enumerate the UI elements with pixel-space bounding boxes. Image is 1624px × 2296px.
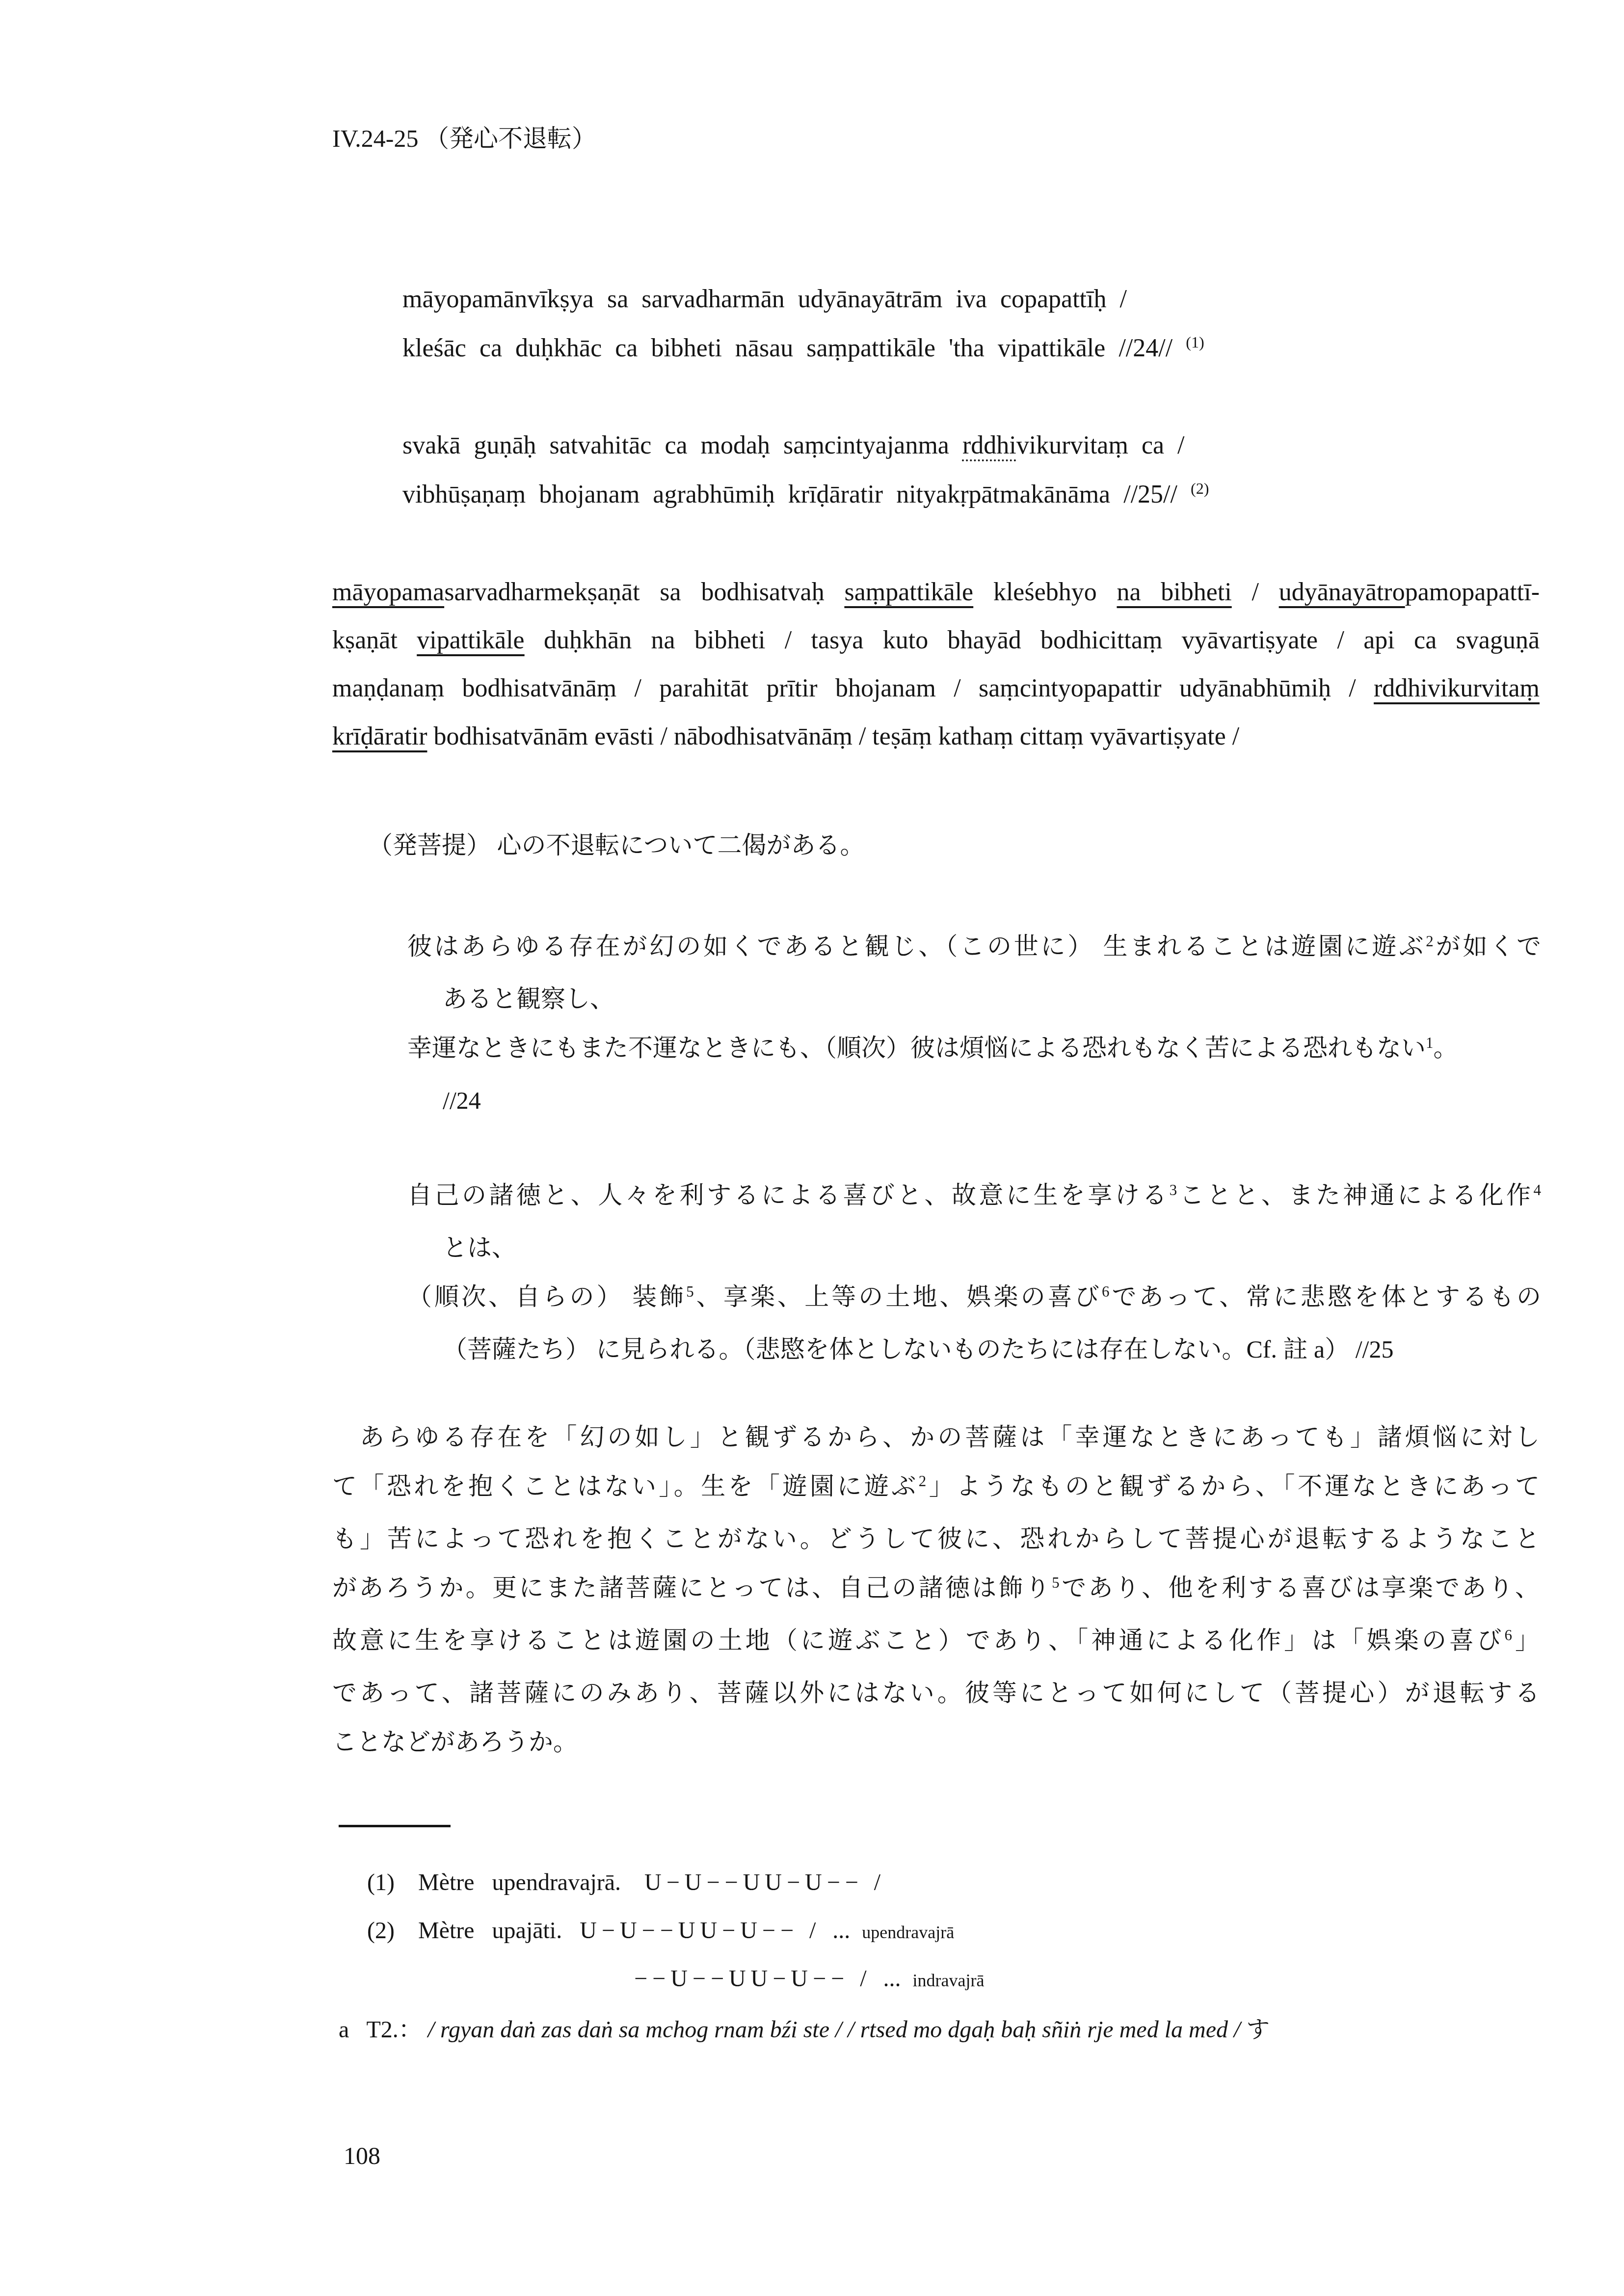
footnote-divider bbox=[339, 1825, 451, 1827]
footnote-line: (2) Mètre upajāti. U−U−−UU−U−− / ... upe… bbox=[367, 1907, 1545, 1956]
text-segment: U−U−−UU−U−− / bbox=[644, 1869, 885, 1896]
text-segment: が如くで bbox=[1434, 933, 1541, 960]
text-line: 自己の諸徳と、人々を利するによる喜びと、故意に生を享ける3ことと、また神通による… bbox=[407, 1171, 1541, 1223]
text-segment: (2) bbox=[1191, 480, 1209, 497]
text-segment: a T2.： bbox=[339, 2017, 428, 2043]
text-segment: ことなどがあろうか。 bbox=[332, 1728, 578, 1756]
sanskrit-verse-24: māyopamānvīkṣya sa sarvadharmān udyānayā… bbox=[402, 275, 1541, 375]
japanese-intro: （発菩提） 心の不退転について二偈がある。 bbox=[368, 821, 1541, 870]
text-line: 故意に生を享けることは遊園の土地（に遊ぶこと）であり、「神通による化作」は「娯楽… bbox=[332, 1616, 1540, 1668]
text-segment: vipattikāle bbox=[417, 626, 524, 654]
text-segment: saṃpattikāle bbox=[844, 578, 973, 606]
text-line: （発菩提） 心の不退転について二偈がある。 bbox=[368, 821, 1541, 870]
text-segment: maṇḍanaṃ bodhisatvānāṃ / parahitāt prīti… bbox=[332, 674, 1374, 702]
text-line: であって、諸菩薩にのみあり、菩薩以外にはない。彼等にとって如何にして（菩提心）が… bbox=[332, 1668, 1540, 1717]
text-segment: 6 bbox=[1504, 1627, 1512, 1644]
text-segment: krīḍāratir bbox=[332, 722, 427, 750]
text-segment: ことと、また神通による化作 bbox=[1177, 1181, 1533, 1209]
text-segment: indravajrā bbox=[912, 1971, 984, 1990]
sanskrit-commentary: māyopamasarvadharmekṣaṇāt sa bodhisatvaḥ… bbox=[332, 568, 1540, 761]
japanese-verse-24: 彼はあらゆる存在が幻の如くであると観じ、（この世に） 生まれることは遊園に遊ぶ2… bbox=[407, 922, 1541, 1125]
japanese-verse-25: 自己の諸徳と、人々を利するによる喜びと、故意に生を享ける3ことと、また神通による… bbox=[407, 1171, 1541, 1374]
text-line: も」苦によって恐れを抱くことがない。どうして彼に、恐れからして菩提心が退転するよ… bbox=[332, 1514, 1540, 1563]
text-segment: 彼はあらゆる存在が幻の如くであると観じ、（この世に） 生まれることは遊園に遊ぶ bbox=[407, 933, 1426, 960]
text-segment: 2 bbox=[919, 1472, 927, 1490]
prose-line: kṣaṇāt vipattikāle duḥkhān na bibheti / … bbox=[332, 616, 1540, 665]
page-number: 108 bbox=[344, 2141, 380, 2170]
footnote-1: (1) Mètre upendravajrā. U−U−−UU−U−− / bbox=[367, 1859, 1545, 1906]
text-segment: U−U−−UU−U−− / bbox=[580, 1918, 821, 1944]
text-segment: 」 bbox=[1512, 1627, 1540, 1654]
text-segment: 、享楽、上等の土地、娯楽の喜び bbox=[694, 1283, 1102, 1310]
text-segment: とは、 bbox=[443, 1234, 516, 1261]
prose-line: māyopamasarvadharmekṣaṇāt sa bodhisatvaḥ… bbox=[332, 568, 1540, 616]
text-segment: あると観察し、 bbox=[443, 985, 614, 1013]
text-segment: す bbox=[1246, 2017, 1270, 2043]
text-segment: duḥkhān na bibheti / tasya kuto bhayād b… bbox=[525, 626, 1540, 654]
text-segment: vikurvitaṃ ca / bbox=[1016, 431, 1185, 459]
text-segment: pamopapattī- bbox=[1405, 578, 1540, 606]
text-segment: kleśāc ca duḥkhāc ca bibheti nāsau saṃpa… bbox=[402, 334, 1186, 362]
text-line: （順次、自らの） 装飾5、享楽、上等の土地、娯楽の喜び6であって、常に悲愍を体と… bbox=[407, 1272, 1541, 1325]
text-segment: であって、諸菩薩にのみあり、菩薩以外にはない。彼等にとって如何にして（菩提心）が… bbox=[332, 1679, 1540, 1707]
text-segment: 」ようなものと観ずるから、「不運なときにあって bbox=[926, 1472, 1540, 1500]
text-segment: であって、常に悲愍を体とするもの bbox=[1109, 1283, 1541, 1310]
footnote-line: (1) Mètre upendravajrā. U−U−−UU−U−− / bbox=[367, 1859, 1545, 1906]
text-segment: （菩薩たち） に見られる。（悲愍を体としないものたちには存在しない。Cf. 註 … bbox=[443, 1335, 1393, 1363]
japanese-commentary: あらゆる存在を「幻の如し」と観ずるから、かの菩薩は「幸運なときにあっても」諸煩悩… bbox=[332, 1413, 1540, 1766]
text-segment: svakā guṇāḥ satvahitāc ca modaḥ saṃcinty… bbox=[402, 431, 962, 459]
text-line: 幸運なときにもまた不運なときにも、（順次）彼は煩悩による恐れもなく苦による恐れも… bbox=[407, 1023, 1541, 1076]
text-line: があろうか。更にまた諸菩薩にとっては、自己の諸徳は飾り5であり、他を利する喜びは… bbox=[332, 1563, 1540, 1616]
verse-line: kleśāc ca duḥkhāc ca bibheti nāsau saṃpa… bbox=[402, 324, 1541, 375]
footnote-2-continuation: −−U−−UU−U−− / ... indravajrā bbox=[634, 1955, 1567, 2004]
text-line: （菩薩たち） に見られる。（悲愍を体としないものたちには存在しない。Cf. 註 … bbox=[407, 1325, 1541, 1374]
text-segment: sarvadharmekṣaṇāt sa bodhisatvaḥ bbox=[444, 578, 844, 606]
text-segment: māyopama bbox=[332, 578, 444, 606]
section-heading: IV.24-25 （発心不退転） bbox=[332, 124, 596, 153]
text-segment: 。 bbox=[1434, 1034, 1458, 1062]
text-segment: （順次、自らの） 装飾 bbox=[407, 1283, 686, 1310]
text-segment: 6 bbox=[1102, 1283, 1110, 1300]
scanned-book-page: IV.24-25 （発心不退転） māyopamānvīkṣya sa sarv… bbox=[0, 0, 1624, 2296]
verse-line: māyopamānvīkṣya sa sarvadharmān udyānayā… bbox=[402, 275, 1541, 324]
text-segment: (2) Mètre upajāti. bbox=[367, 1918, 580, 1944]
prose-line: maṇḍanaṃ bodhisatvānāṃ / parahitāt prīti… bbox=[332, 665, 1540, 713]
text-segment: であり、他を利する喜びは享楽であり、 bbox=[1060, 1574, 1540, 1602]
text-segment: あらゆる存在を「幻の如し」と観ずるから、かの菩薩は「幸運なときにあっても」諸煩悩… bbox=[360, 1423, 1540, 1451]
text-segment: 4 bbox=[1534, 1181, 1542, 1199]
text-line: //24 bbox=[407, 1076, 1541, 1125]
text-segment: upendravajrā bbox=[862, 1922, 954, 1942]
text-segment: 2 bbox=[1426, 933, 1434, 950]
footnote-line: a T2.： / rgyan daṅ zas daṅ sa mchog rnam… bbox=[339, 2006, 1546, 2054]
text-line: あると観察し、 bbox=[407, 974, 1541, 1023]
text-line: とは、 bbox=[407, 1223, 1541, 1272]
text-segment: も」苦によって恐れを抱くことがない。どうして彼に、恐れからして菩提心が退転するよ… bbox=[332, 1525, 1540, 1552]
text-segment: (1) Mètre upendravajrā. bbox=[367, 1869, 644, 1896]
footnote-line: −−U−−UU−U−− / ... indravajrā bbox=[634, 1955, 1567, 2004]
prose-line: krīḍāratir bodhisatvānām evāsti / nābodh… bbox=[332, 713, 1540, 761]
text-segment: na bibheti bbox=[1117, 578, 1232, 606]
text-segment: māyopamānvīkṣya sa sarvadharmān udyānayā… bbox=[402, 285, 1127, 313]
text-segment: 1 bbox=[1426, 1034, 1434, 1051]
text-segment: て「恐れを抱くことはない」。生を「遊園に遊ぶ bbox=[332, 1472, 919, 1500]
text-segment: 3 bbox=[1170, 1181, 1177, 1199]
text-segment: があろうか。更にまた諸菩薩にとっては、自己の諸徳は飾り bbox=[332, 1574, 1052, 1602]
text-segment: / bbox=[1232, 578, 1279, 606]
text-segment: bodhisatvānām evāsti / nābodhisatvānāṃ /… bbox=[427, 722, 1239, 750]
text-segment: / rgyan daṅ zas daṅ sa mchog rnam bźi st… bbox=[428, 2017, 1247, 2043]
footnote-2: (2) Mètre upajāti. U−U−−UU−U−− / ... upe… bbox=[367, 1907, 1545, 1956]
text-line: あらゆる存在を「幻の如し」と観ずるから、かの菩薩は「幸運なときにあっても」諸煩悩… bbox=[332, 1413, 1540, 1462]
text-segment: 5 bbox=[686, 1283, 694, 1300]
text-segment: 幸運なときにもまた不運なときにも、（順次）彼は煩悩による恐れもなく苦による恐れも… bbox=[407, 1034, 1426, 1062]
verse-line: vibhūṣaṇaṃ bhojanam agrabhūmiḥ krīḍārati… bbox=[402, 470, 1541, 522]
text-segment: kleśebhyo bbox=[973, 578, 1117, 606]
text-segment: rddhivikurvitaṃ bbox=[1374, 674, 1540, 702]
text-line: ことなどがあろうか。 bbox=[332, 1717, 1540, 1766]
text-segment: //24 bbox=[443, 1087, 481, 1114]
text-segment: udyānayātro bbox=[1279, 578, 1405, 606]
text-segment: 故意に生を享けることは遊園の土地（に遊ぶこと）であり、「神通による化作」は「娯楽… bbox=[332, 1627, 1504, 1654]
text-segment: rddhi bbox=[962, 431, 1016, 459]
text-segment: (1) bbox=[1186, 333, 1204, 351]
verse-line: svakā guṇāḥ satvahitāc ca modaḥ saṃcinty… bbox=[402, 421, 1541, 470]
text-segment: −−U−−UU−U−− / bbox=[634, 1966, 871, 1992]
footnote-a: a T2.： / rgyan daṅ zas daṅ sa mchog rnam… bbox=[339, 2006, 1546, 2054]
text-segment: ... bbox=[871, 1966, 912, 1992]
text-segment: 5 bbox=[1052, 1574, 1060, 1591]
text-segment: vibhūṣaṇaṃ bhojanam agrabhūmiḥ krīḍārati… bbox=[402, 481, 1191, 508]
text-segment: kṣaṇāt bbox=[332, 626, 417, 654]
text-segment: ... bbox=[821, 1918, 862, 1944]
text-line: 彼はあらゆる存在が幻の如くであると観じ、（この世に） 生まれることは遊園に遊ぶ2… bbox=[407, 922, 1541, 974]
text-line: て「恐れを抱くことはない」。生を「遊園に遊ぶ2」ようなものと観ずるから、「不運な… bbox=[332, 1462, 1540, 1514]
text-segment: 自己の諸徳と、人々を利するによる喜びと、故意に生を享ける bbox=[407, 1181, 1170, 1209]
sanskrit-verse-25: svakā guṇāḥ satvahitāc ca modaḥ saṃcinty… bbox=[402, 421, 1541, 522]
